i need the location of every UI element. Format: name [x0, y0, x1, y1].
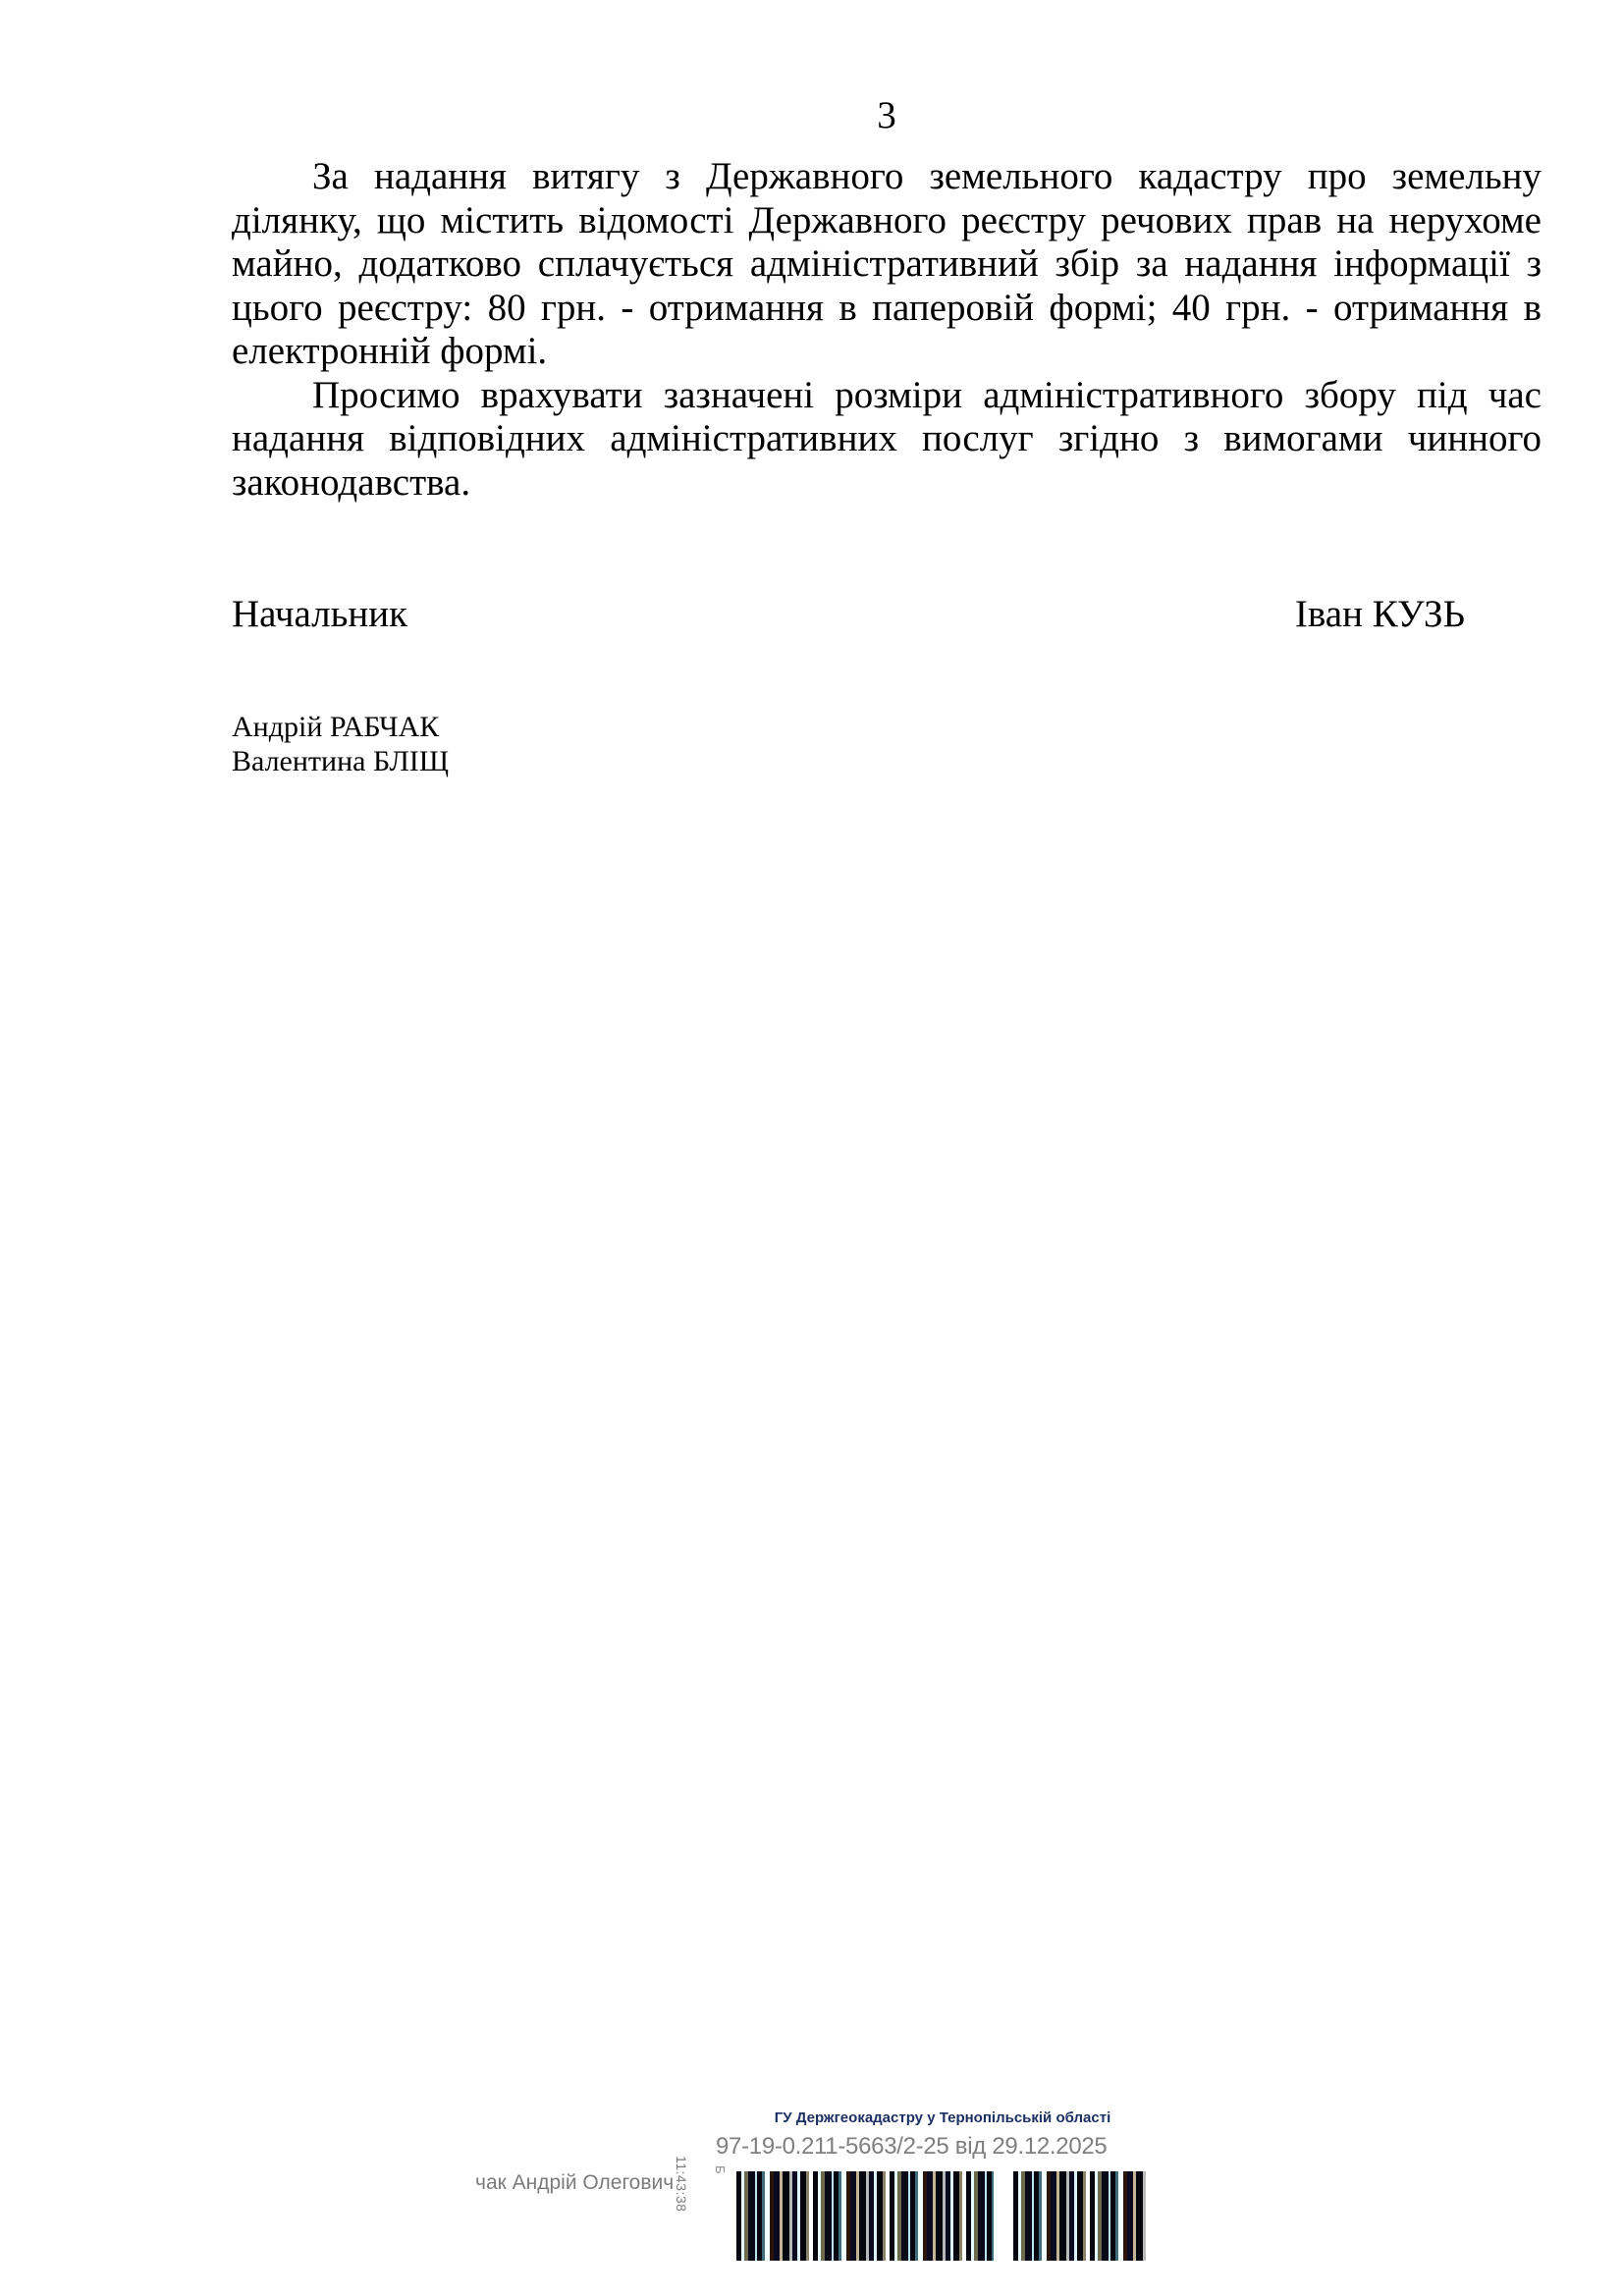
- executors-block: Андрій РАБЧАК Валентина БЛІЩ: [232, 710, 449, 778]
- stamp-registration-number: 97-19-0.211-5663/2-25 від 29.12.2025: [716, 2133, 1107, 2161]
- body-paragraph-2: Просимо врахувати зазначені розміри адмі…: [232, 374, 1542, 506]
- page-number: 3: [232, 94, 1542, 137]
- body-paragraph-1: За надання витягу з Державного земельног…: [232, 155, 1542, 374]
- executor-name-2: Валентина БЛІЩ: [232, 744, 449, 778]
- stamp-signer-text: чак Андрій Олегович: [475, 2171, 674, 2195]
- signature-signer-name: Іван КУЗЬ: [1295, 593, 1542, 636]
- letter-body: За надання витягу з Державного земельног…: [232, 155, 1542, 505]
- signature-row: Начальник Іван КУЗЬ: [232, 593, 1542, 636]
- stamp-time-text: 11:43:38: [674, 2156, 689, 2224]
- stamp-organization-text: ГУ Держгеокадастру у Тернопільській обла…: [628, 2109, 1257, 2126]
- signature-position-title: Начальник: [232, 593, 407, 636]
- stamp-barcode: [736, 2171, 1146, 2261]
- document-page: 3 За надання витягу з Державного земельн…: [0, 0, 1623, 2296]
- barcode-gap: [994, 2171, 1013, 2261]
- barcode-segment-1: [736, 2171, 994, 2261]
- executor-name-1: Андрій РАБЧАК: [232, 710, 449, 744]
- barcode-segment-2: [1013, 2171, 1146, 2261]
- stamp-side-letter: Б: [713, 2165, 728, 2174]
